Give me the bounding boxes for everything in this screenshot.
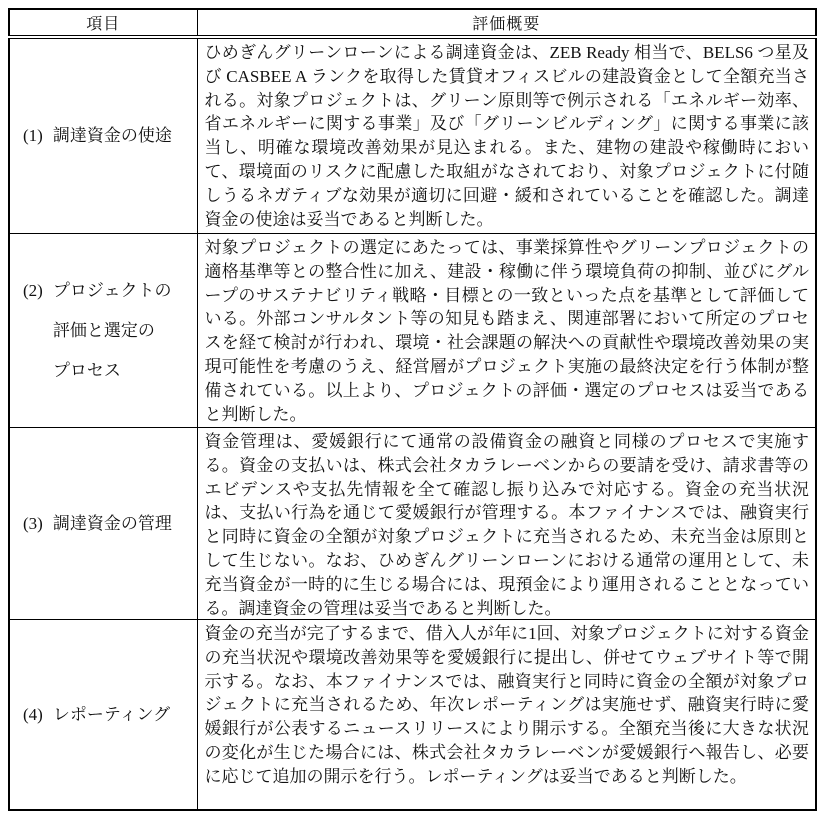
row-label-reporting: (4) レポーティング (10, 695, 197, 735)
evaluation-table: 項目 評価概要 (1) 調達資金の使途 ひめぎんグリーンローンによる調達資金は、… (8, 8, 817, 811)
row-label-management-of-proceeds: (3) 調達資金の管理 (10, 504, 197, 544)
table-row: (3) 調達資金の管理 資金管理は、愛媛銀行にて通常の設備資金の融資と同様のプロ… (9, 428, 816, 620)
row-title: レポーティング (53, 695, 170, 735)
row-title: プロジェクトの 評価と選定の プロセス (53, 271, 172, 391)
header-summary: 評価概要 (197, 9, 816, 37)
row-title: 調達資金の管理 (53, 504, 172, 544)
row-label-project-evaluation: (2) プロジェクトの 評価と選定の プロセス (10, 271, 197, 391)
row-summary-text: 対象プロジェクトの選定にあたっては、事業採算性やグリーンプロジェクトの適格基準等… (198, 234, 816, 427)
row-number: (1) (23, 116, 43, 156)
header-item: 項目 (9, 9, 197, 37)
row-summary-text: 資金の充当が完了するまで、借入人が年に1回、対象プロジェクトに対する資金の充当状… (198, 620, 816, 809)
row-summary-text: ひめぎんグリーンローンによる調達資金は、ZEB Ready 相当で、BELS6 … (198, 39, 816, 233)
table-row: (1) 調達資金の使途 ひめぎんグリーンローンによる調達資金は、ZEB Read… (9, 37, 816, 234)
table-row: (2) プロジェクトの 評価と選定の プロセス 対象プロジェクトの選定にあたって… (9, 234, 816, 428)
row-number: (3) (23, 504, 43, 544)
row-number: (4) (23, 695, 43, 735)
row-title: 調達資金の使途 (53, 116, 172, 156)
row-label-use-of-proceeds: (1) 調達資金の使途 (10, 116, 197, 156)
row-number: (2) (23, 271, 43, 311)
document-page: 項目 評価概要 (1) 調達資金の使途 ひめぎんグリーンローンによる調達資金は、… (0, 0, 823, 817)
row-summary-text: 資金管理は、愛媛銀行にて通常の設備資金の融資と同様のプロセスで実施する。資金の支… (198, 428, 816, 619)
table-row: (4) レポーティング 資金の充当が完了するまで、借入人が年に1回、対象プロジェ… (9, 620, 816, 811)
header-row: 項目 評価概要 (9, 9, 816, 37)
